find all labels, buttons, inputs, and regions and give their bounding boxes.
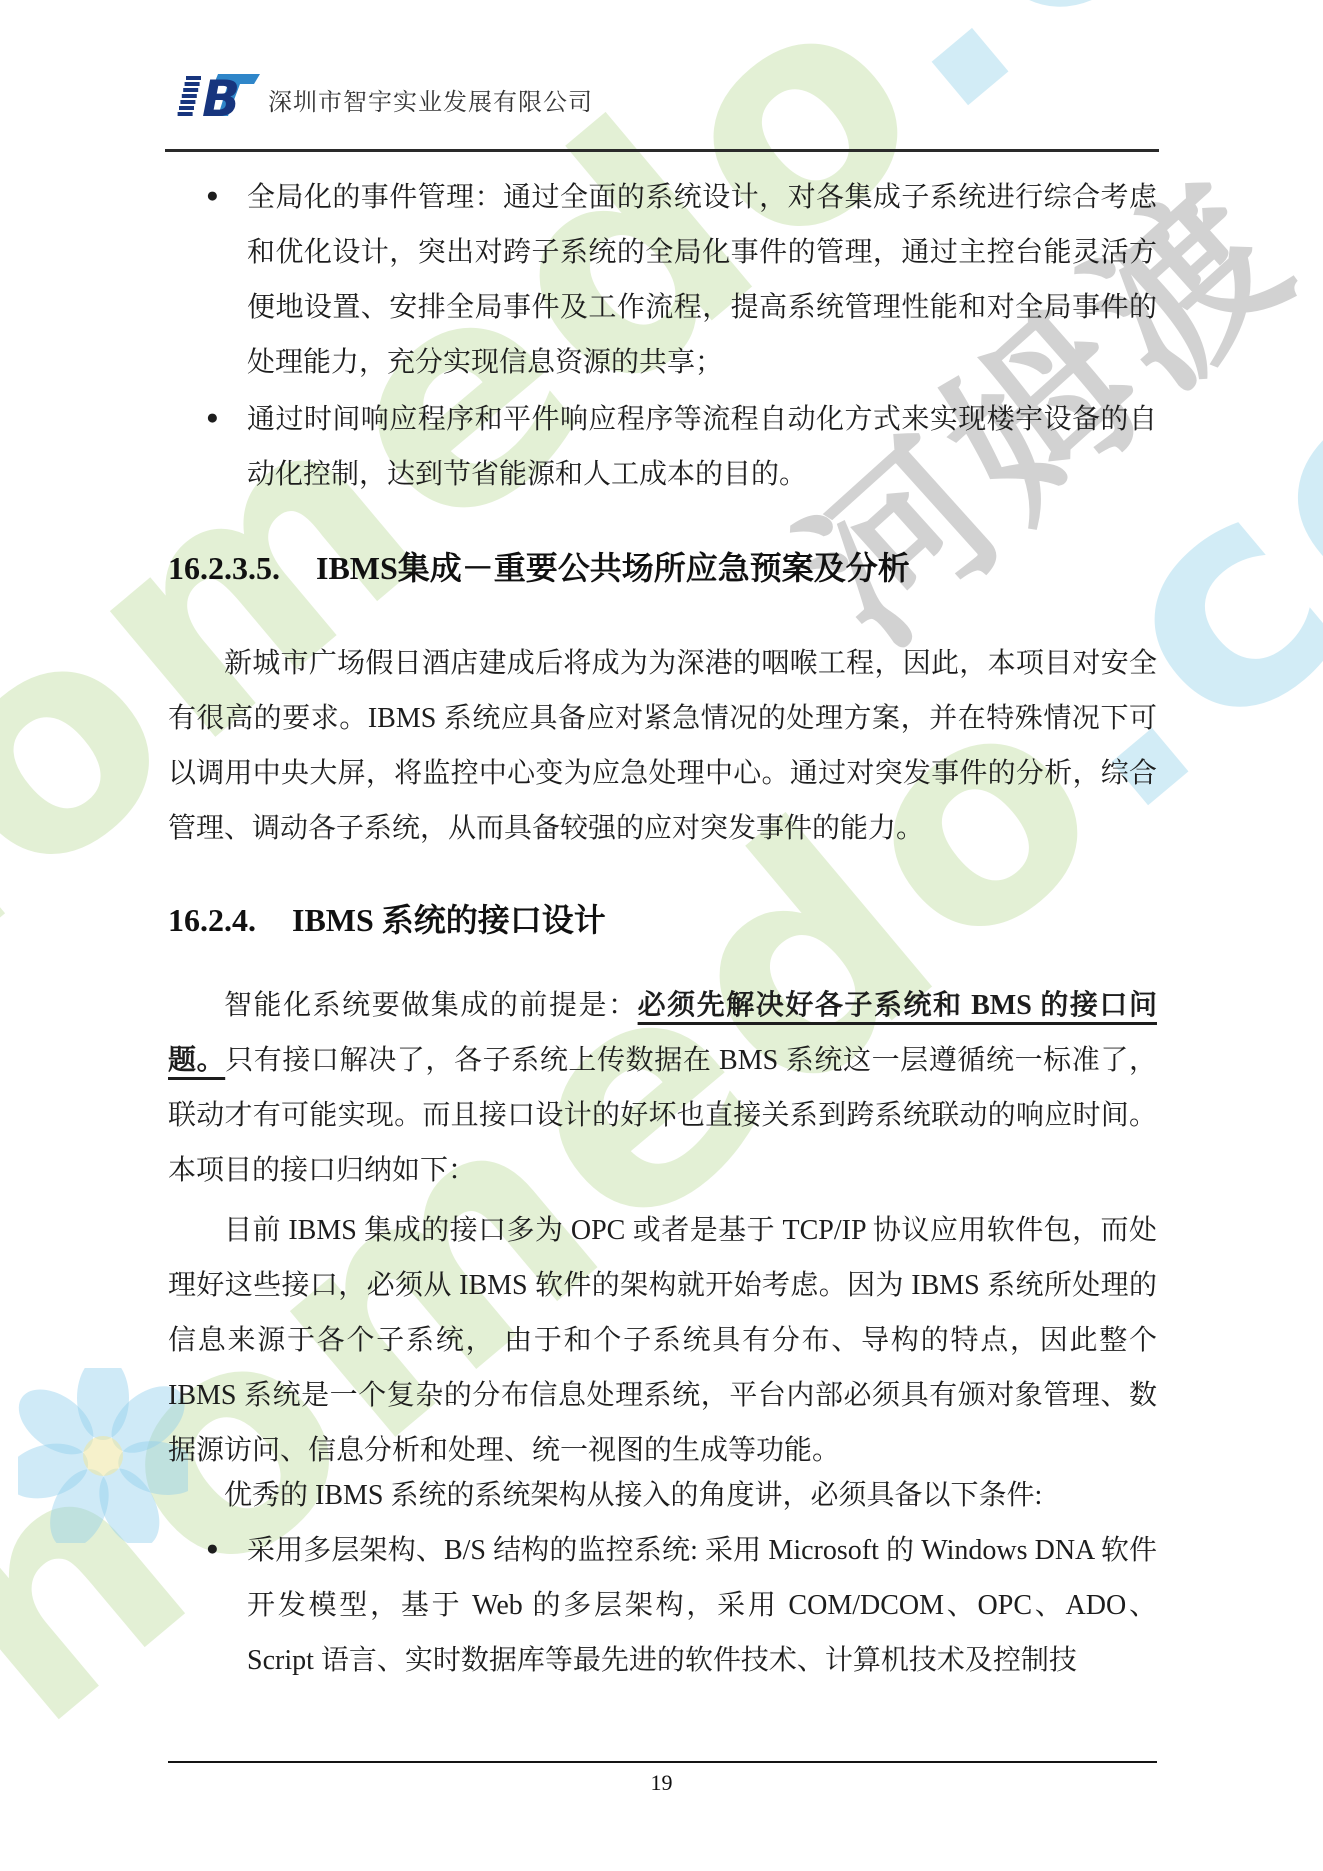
company-name: 深圳市智宇实业发展有限公司: [268, 82, 593, 117]
paragraph: 优秀的 IBMS 系统的系统架构从接入的角度讲，必须具备以下条件:: [168, 1468, 1157, 1523]
flower-watermark-icon: [18, 1368, 188, 1543]
paragraph: 目前 IBMS 集成的接口多为 OPC 或者是基于 TCP/IP 协议应用软件包…: [168, 1203, 1157, 1478]
paragraph-text: 只有接口解决了，各子系统上传数据在 BMS 系统这一层遵循统一标准了，联动才有可…: [168, 1045, 1157, 1186]
homedo-watermark-suffix: .com: [766, 0, 1323, 179]
list-item: ● 全局化的事件管理：通过全面的系统设计，对各集成子系统进行综合考虑和优化设计，…: [168, 170, 1157, 390]
paragraph-text: 智能化系统要做集成的前提是：: [224, 990, 638, 1021]
bullet-icon: ●: [206, 407, 219, 428]
paragraph: 智能化系统要做集成的前提是：必须先解决好各子系统和 BMS 的接口问题。只有接口…: [168, 978, 1157, 1198]
section-heading-16-2-4: 16.2.4.IBMS 系统的接口设计: [168, 898, 606, 942]
list-item: ● 通过时间响应程序和平件响应程序等流程自动化方式来实现楼宇设备的自动化控制，达…: [168, 392, 1157, 502]
svg-text:B: B: [202, 70, 240, 126]
section-title: IBMS 系统的接口设计: [292, 902, 606, 938]
section-number: 16.2.4.: [168, 902, 256, 938]
page-number: 19: [0, 1770, 1323, 1796]
section-heading-16-2-3-5: 16.2.3.5.IBMS集成－重要公共场所应急预案及分析: [168, 546, 910, 590]
company-logo-icon: B: [166, 68, 262, 126]
list-item: ● 采用多层架构、B/S 结构的监控系统: 采用 Microsoft 的 Win…: [168, 1523, 1157, 1688]
bullet-text: 采用多层架构、B/S 结构的监控系统: 采用 Microsoft 的 Windo…: [247, 1535, 1157, 1676]
paragraph: 新城市广场假日酒店建成后将成为为深港的咽喉工程，因此，本项目对安全有很高的要求。…: [168, 636, 1157, 856]
footer-divider: [168, 1761, 1157, 1763]
bullet-icon: ●: [206, 1538, 219, 1559]
bullet-icon: ●: [206, 185, 219, 206]
bullet-text: 通过时间响应程序和平件响应程序等流程自动化方式来实现楼宇设备的自动化控制，达到节…: [247, 404, 1157, 490]
section-number: 16.2.3.5.: [168, 550, 280, 586]
bullet-text: 全局化的事件管理：通过全面的系统设计，对各集成子系统进行综合考虑和优化设计，突出…: [247, 182, 1157, 378]
header-divider: [165, 149, 1159, 152]
section-title: IBMS集成－重要公共场所应急预案及分析: [316, 550, 910, 586]
